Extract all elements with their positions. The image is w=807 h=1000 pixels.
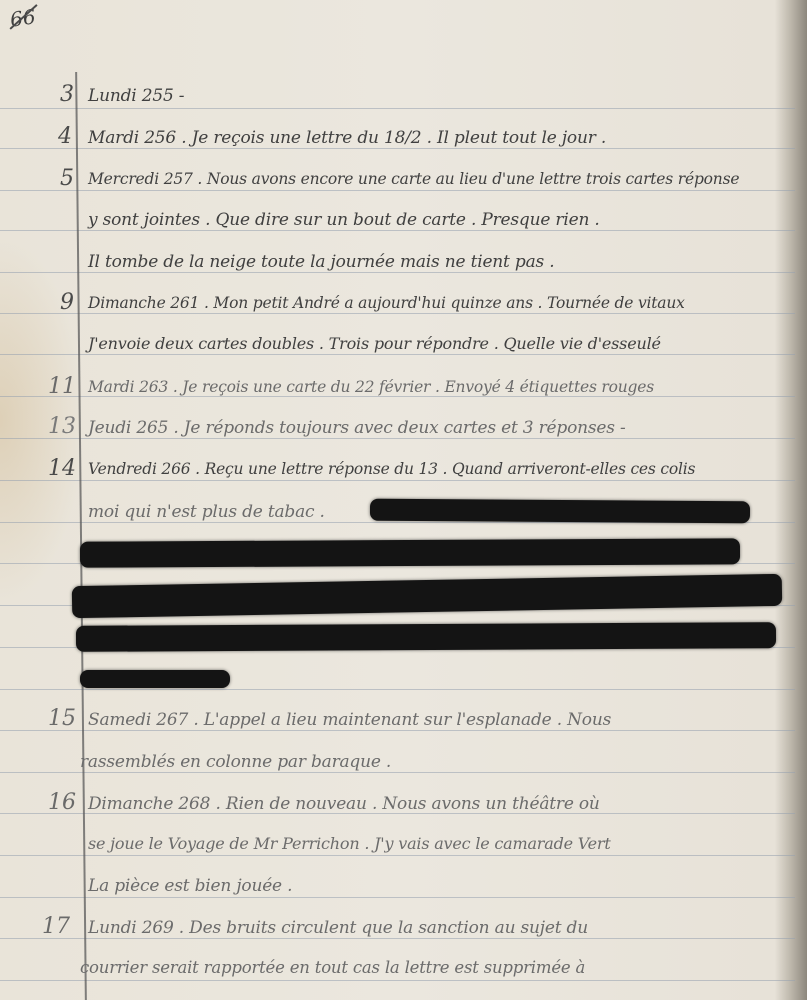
ruled-line xyxy=(0,480,795,481)
entry-line: Lundi 269 . Des bruits circulent que la … xyxy=(88,918,588,938)
entry-line: y sont jointes . Que dire sur un bout de… xyxy=(88,210,600,230)
entry-line: Mardi 256 . Je reçois une lettre du 18/2… xyxy=(88,128,606,148)
ruled-line xyxy=(0,230,795,231)
ruled-line xyxy=(0,108,795,109)
ruled-line xyxy=(0,438,795,439)
entry-line: Dimanche 261 . Mon petit André a aujourd… xyxy=(88,294,685,312)
ruled-line xyxy=(0,354,795,355)
entry-line: se joue le Voyage de Mr Perrichon . J'y … xyxy=(88,834,611,853)
day-number: 14 xyxy=(36,456,76,481)
day-number: 15 xyxy=(36,706,76,731)
entry-line: Vendredi 266 . Reçu une lettre réponse d… xyxy=(88,460,695,478)
diary-page: 66 3 Lundi 255 - 4 Mardi 256 . Je reçois… xyxy=(0,0,807,1000)
ruled-line xyxy=(0,772,795,773)
ruled-line xyxy=(0,396,795,397)
day-number: 4 xyxy=(32,124,72,149)
redaction-mark xyxy=(72,574,782,618)
entry-line: La pièce est bien jouée . xyxy=(88,876,292,896)
redaction-mark xyxy=(80,538,740,567)
entry-line: Lundi 255 - xyxy=(88,86,184,106)
redaction-mark xyxy=(80,670,230,688)
ruled-line xyxy=(0,938,795,939)
margin-line xyxy=(75,72,86,1000)
day-number: 5 xyxy=(34,166,74,191)
redaction-mark xyxy=(76,622,776,652)
entry-line: moi qui n'est plus de tabac . xyxy=(88,502,325,522)
ruled-line xyxy=(0,897,795,898)
ruled-line xyxy=(0,980,795,981)
ruled-line xyxy=(0,148,795,149)
entry-line: Jeudi 265 . Je réponds toujours avec deu… xyxy=(88,418,626,438)
ruled-line xyxy=(0,190,795,191)
day-number: 11 xyxy=(36,374,76,399)
day-number: 3 xyxy=(34,82,74,107)
day-number: 9 xyxy=(34,290,74,315)
ruled-line xyxy=(0,689,795,690)
entry-line: Mardi 263 . Je reçois une carte du 22 fé… xyxy=(88,378,654,396)
entry-line: Samedi 267 . L'appel a lieu maintenant s… xyxy=(88,710,611,730)
ruled-line xyxy=(0,272,795,273)
entry-line: courrier serait rapportée en tout cas la… xyxy=(80,958,585,977)
entry-line: rassemblés en colonne par baraque . xyxy=(80,752,391,772)
day-number: 17 xyxy=(30,914,70,939)
ruled-line xyxy=(0,855,795,856)
ruled-line xyxy=(0,730,795,731)
entry-line: Il tombe de la neige toute la journée ma… xyxy=(88,252,554,272)
redaction-mark xyxy=(370,499,750,524)
entry-line: Dimanche 268 . Rien de nouveau . Nous av… xyxy=(88,794,600,814)
ruled-line xyxy=(0,313,795,314)
day-number: 16 xyxy=(36,790,76,815)
entry-line: J'envoie deux cartes doubles . Trois pou… xyxy=(88,334,661,353)
entry-line: Mercredi 257 . Nous avons encore une car… xyxy=(88,170,739,188)
day-number: 13 xyxy=(36,414,76,439)
